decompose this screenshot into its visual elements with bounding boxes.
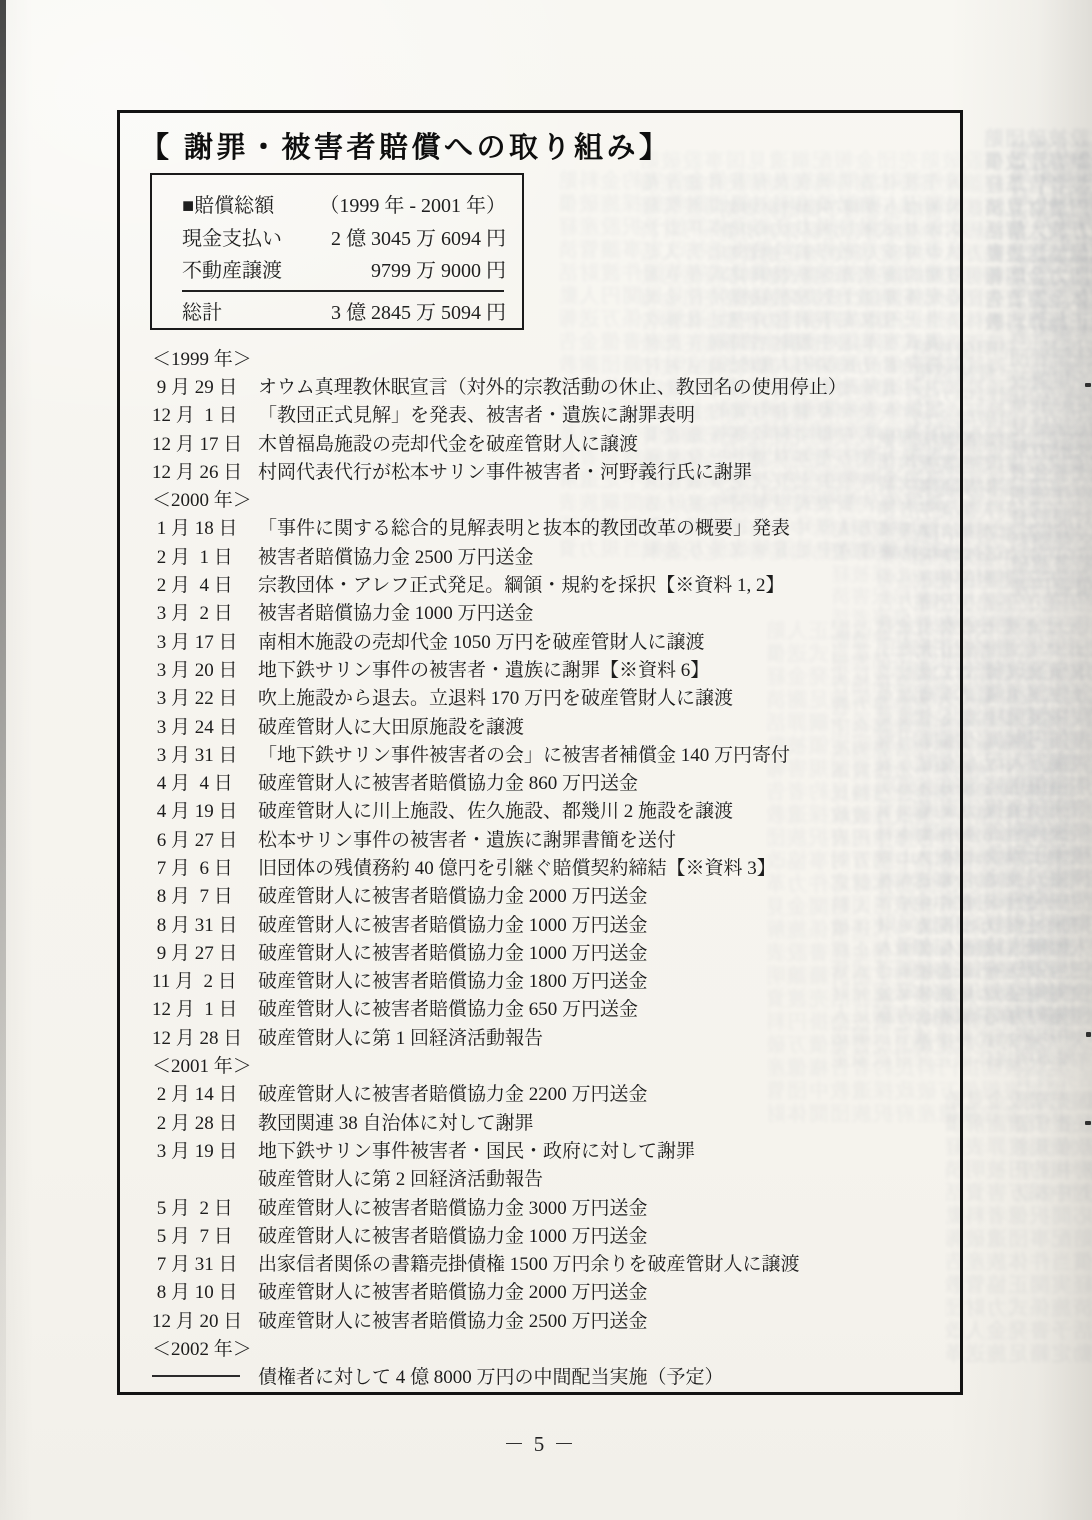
entry-date: 3 月 20 日 [152,655,258,682]
entry-date: 2 月 28 日 [152,1108,258,1135]
timeline-entry: 3 月 19 日地下鉄サリン事件被害者・国民・政府に対して謝罪 [152,1135,952,1163]
timeline-entry: 7 月 31 日出家信者関係の書籍売掛債権 1500 万円余りを破産管財人に譲渡 [152,1249,952,1277]
entry-text: 木曽福島施設の売却代金を破産管財人に譲渡 [258,429,638,456]
entry-text: オウム真理教休眠宣言（対外的宗教活動の休止、教団名の使用停止） [258,372,847,399]
entry-text: 地下鉄サリン事件被害者・国民・政府に対して謝罪 [258,1136,695,1163]
timeline-entry: 4 月 4 日破産管財人に被害者賠償協力金 860 万円送金 [152,767,952,795]
bleedthrough-column: 賠償経済活動報告教団改革見解表明資料破産管財人送金謝罪被害者遺族協力金施設譲渡円… [1016,700,1092,1220]
entry-text: 松本サリン事件の被害者・遺族に謝罪書簡を送付 [258,825,676,852]
content-frame: 【 謝罪・被害者賠償への取り組み】 ■賠償総額 （1999 年 - 2001 年… [117,110,963,1395]
timeline-entry: 6 月 27 日松本サリン事件の被害者・遺族に謝罪書簡を送付 [152,824,952,852]
timeline-entry: 12 月 17 日木曽福島施設の売却代金を破産管財人に譲渡 [152,428,952,456]
entry-text: 旧団体の残債務約 40 億円を引継ぐ賠償契約締結【※資料 3】 [258,853,776,880]
entry-date: 8 月 10 日 [152,1277,258,1304]
entry-date: 5 月 2 日 [152,1193,258,1220]
entry-text: 吹上施設から退去。立退料 170 万円を破産管財人に譲渡 [258,683,733,710]
entry-text: 被害者賠償協力金 1000 万円送金 [258,598,534,625]
entry-date: 2 月 14 日 [152,1079,258,1106]
bleedthrough-column: 賠償経済活動報告教団改革見解表明資料破産管財人送金謝罪被害者遺族協力金施設譲渡円… [986,128,1092,338]
summary-total-label: 総計 [182,296,306,325]
entry-date: 3 月 2 日 [152,598,258,625]
timeline-entry: 3 月 17 日南相木施設の売却代金 1050 万円を破産管財人に譲渡 [152,626,952,654]
summary-row-realestate: 不動産譲渡 9799 万 9000 円 [182,252,506,284]
entry-date: 2 月 4 日 [152,570,258,597]
entry-text: 「地下鉄サリン事件被害者の会」に被害者補償金 140 万円寄付 [258,740,790,767]
bleedthrough-column: 賠償経済活動報告教団改革見解表明資料破産管財人送金謝罪被害者遺族協力金施設譲渡円… [946,1090,1092,1370]
entry-text: 破産管財人に第 2 回経済活動報告 [258,1164,543,1191]
summary-row-cash: 現金支払い 2 億 3045 万 6094 円 [182,220,506,252]
timeline-entry: 1 月 18 日「事件に関する総合的見解表明と抜本的教団改革の概要」発表 [152,513,952,541]
summary-header-label: ■賠償総額 [182,189,306,218]
entry-date: 12 月 26 日 [152,457,258,484]
entry-date: 12 月 1 日 [152,994,258,1021]
timeline-entry: 2 月 4 日宗教団体・アレフ正式発足。綱領・規約を採択【※資料 1, 2】 [152,569,952,597]
entry-text: 破産管財人に被害者賠償協力金 2000 万円送金 [258,1277,648,1304]
bleedthrough-column: 賠償経済活動報告教団改革見解表明資料破産管財人送金謝罪被害者遺族協力金施設譲渡円… [988,660,1092,1080]
entry-text: 村岡代表代行が松本サリン事件被害者・河野義行氏に謝罪 [258,457,752,484]
summary-header-row: ■賠償総額 （1999 年 - 2001 年） [182,186,506,220]
entry-text: 破産管財人に被害者賠償協力金 860 万円送金 [258,768,638,795]
summary-row-label: 現金支払い [182,222,306,251]
entry-date: 12 月 17 日 [152,429,258,456]
entry-text: 破産管財人に第 1 回経済活動報告 [258,1023,543,1050]
entry-date: 3 月 24 日 [152,712,258,739]
entry-text: 破産管財人に被害者賠償協力金 2000 万円送金 [258,881,648,908]
timeline-entry: 2 月 28 日教団関連 38 自治体に対して謝罪 [152,1107,952,1135]
timeline-entry: 2 月 1 日被害者賠償協力金 2500 万円送金 [152,541,952,569]
timeline-entry: 11 月 2 日破産管財人に被害者賠償協力金 1800 万円送金 [152,966,952,994]
entry-date [152,1365,258,1387]
entry-text: 「事件に関する総合的見解表明と抜本的教団改革の概要」発表 [258,513,790,540]
entry-date: 1 月 18 日 [152,513,258,540]
entry-text: 破産管財人に被害者賠償協力金 650 万円送金 [258,994,638,1021]
scanner-edge-left [0,0,6,1520]
summary-row-label: 不動産譲渡 [182,254,306,283]
entry-date: 4 月 19 日 [152,796,258,823]
entry-text: 教団関連 38 自治体に対して謝罪 [258,1108,534,1135]
entry-date: 9 月 27 日 [152,938,258,965]
entry-text: 破産管財人に被害者賠償協力金 1800 万円送金 [258,966,648,993]
entry-text: 地下鉄サリン事件の被害者・遺族に謝罪【※資料 6】 [258,655,709,682]
timeline-entry: 12 月 26 日村岡代表代行が松本サリン事件被害者・河野義行氏に謝罪 [152,456,952,484]
timeline-entry: 3 月 2 日被害者賠償協力金 1000 万円送金 [152,598,952,626]
summary-total-row: 総計 3 億 2845 万 5094 円 [182,294,506,326]
dash-mark [152,1375,240,1377]
year-header: ＜2002 年＞ [152,1333,952,1361]
entry-date: 12 月 28 日 [152,1023,258,1050]
entry-text: 破産管財人に被害者賠償協力金 1000 万円送金 [258,938,648,965]
entry-text: 被害者賠償協力金 2500 万円送金 [258,542,534,569]
timeline-entry: 9 月 29 日オウム真理教休眠宣言（対外的宗教活動の休止、教団名の使用停止） [152,371,952,399]
timeline-entry: 3 月 20 日地下鉄サリン事件の被害者・遺族に謝罪【※資料 6】 [152,654,952,682]
entry-text: 破産管財人に川上施設、佐久施設、都幾川 2 施設を譲渡 [258,796,733,823]
entry-date: 11 月 2 日 [152,966,258,993]
summary-row-value: 9799 万 9000 円 [306,254,506,283]
entry-date: 8 月 7 日 [152,881,258,908]
scanner-mark [1085,1121,1091,1125]
bleedthrough-column: 賠償経済活動報告教団改革見解表明資料破産管財人送金謝罪被害者遺族協力金施設譲渡円… [1040,150,1092,480]
bleedthrough-column: 賠償経済活動報告教団改革見解表明資料破産管財人送金謝罪被害者遺族協力金施設譲渡円… [1012,140,1092,620]
year-header: ＜2000 年＞ [152,484,952,512]
entry-text: 「教団正式見解」を発表、被害者・遺族に謝罪表明 [258,400,695,427]
timeline-entry: 債権者に対して 4 億 8000 万円の中間配当実施（予定） [152,1362,952,1390]
entry-text: 債権者に対して 4 億 8000 万円の中間配当実施（予定） [258,1362,724,1389]
entry-text: 破産管財人に被害者賠償協力金 3000 万円送金 [258,1193,648,1220]
compensation-summary-box: ■賠償総額 （1999 年 - 2001 年） 現金支払い 2 億 3045 万… [150,173,524,330]
timeline-entry: 8 月 31 日破産管財人に被害者賠償協力金 1000 万円送金 [152,909,952,937]
year-header: ＜1999 年＞ [152,343,952,371]
timeline-entry: 8 月 10 日破産管財人に被害者賠償協力金 2000 万円送金 [152,1277,952,1305]
summary-header-period: （1999 年 - 2001 年） [306,189,506,218]
entry-date: 12 月 1 日 [152,400,258,427]
entry-text: 破産管財人に被害者賠償協力金 1000 万円送金 [258,1221,648,1248]
entry-text: 破産管財人に被害者賠償協力金 1000 万円送金 [258,910,648,937]
timeline-entry: 破産管財人に第 2 回経済活動報告 [152,1164,952,1192]
timeline-entry: 9 月 27 日破産管財人に被害者賠償協力金 1000 万円送金 [152,937,952,965]
timeline-entry: 12 月 1 日破産管財人に被害者賠償協力金 650 万円送金 [152,994,952,1022]
scanned-page: 賠償経済活動報告教団改革見解表明資料破産管財人送金謝罪被害者遺族協力金施設譲渡円… [0,0,1092,1520]
entry-date: 3 月 22 日 [152,683,258,710]
summary-total-value: 3 億 2845 万 5094 円 [306,296,506,325]
entry-date: 3 月 17 日 [152,627,258,654]
scanner-mark [1085,383,1091,387]
entry-date: 3 月 19 日 [152,1136,258,1163]
timeline-entry: 3 月 31 日「地下鉄サリン事件被害者の会」に被害者補償金 140 万円寄付 [152,739,952,767]
entry-date: 6 月 27 日 [152,825,258,852]
entry-text: 出家信者関係の書籍売掛債権 1500 万円余りを破産管財人に譲渡 [258,1249,800,1276]
entry-date: 2 月 1 日 [152,542,258,569]
timeline-entry: 5 月 2 日破産管財人に被害者賠償協力金 3000 万円送金 [152,1192,952,1220]
page-title: 【 謝罪・被害者賠償への取り組み】 [140,125,672,166]
entry-text: 南相木施設の売却代金 1050 万円を破産管財人に譲渡 [258,627,705,654]
timeline-entry: 3 月 22 日吹上施設から退去。立退料 170 万円を破産管財人に譲渡 [152,683,952,711]
timeline-entry: 5 月 7 日破産管財人に被害者賠償協力金 1000 万円送金 [152,1220,952,1248]
entry-date: 5 月 7 日 [152,1221,258,1248]
entry-date: 3 月 31 日 [152,740,258,767]
page-number: － 5 － [117,1428,963,1458]
entry-text: 宗教団体・アレフ正式発足。綱領・規約を採択【※資料 1, 2】 [258,570,785,597]
timeline-entry: 8 月 7 日破産管財人に被害者賠償協力金 2000 万円送金 [152,881,952,909]
entry-text: 破産管財人に大田原施設を譲渡 [258,712,524,739]
scanner-mark [1086,1032,1091,1037]
timeline-entry: 12 月 1 日「教団正式見解」を発表、被害者・遺族に謝罪表明 [152,400,952,428]
entry-text: 破産管財人に被害者賠償協力金 2500 万円送金 [258,1306,648,1333]
entry-date: 4 月 4 日 [152,768,258,795]
timeline-entry: 12 月 28 日破産管財人に第 1 回経済活動報告 [152,1022,952,1050]
entry-date: 8 月 31 日 [152,910,258,937]
timeline-entry: 3 月 24 日破産管財人に大田原施設を譲渡 [152,711,952,739]
entry-date: 9 月 29 日 [152,372,258,399]
timeline: ＜1999 年＞ 9 月 29 日オウム真理教休眠宣言（対外的宗教活動の休止、教… [152,343,952,1390]
timeline-entry: 4 月 19 日破産管財人に川上施設、佐久施設、都幾川 2 施設を譲渡 [152,796,952,824]
year-header: ＜2001 年＞ [152,1050,952,1078]
entry-date: 7 月 6 日 [152,853,258,880]
summary-row-value: 2 億 3045 万 6094 円 [306,222,506,251]
entry-date: 7 月 31 日 [152,1249,258,1276]
entry-text: 破産管財人に被害者賠償協力金 2200 万円送金 [258,1079,648,1106]
timeline-entry: 12 月 20 日破産管財人に被害者賠償協力金 2500 万円送金 [152,1305,952,1333]
summary-divider [182,290,504,292]
timeline-entry: 2 月 14 日破産管財人に被害者賠償協力金 2200 万円送金 [152,1079,952,1107]
entry-date: 12 月 20 日 [152,1306,258,1333]
timeline-entry: 7 月 6 日旧団体の残債務約 40 億円を引継ぐ賠償契約締結【※資料 3】 [152,852,952,880]
